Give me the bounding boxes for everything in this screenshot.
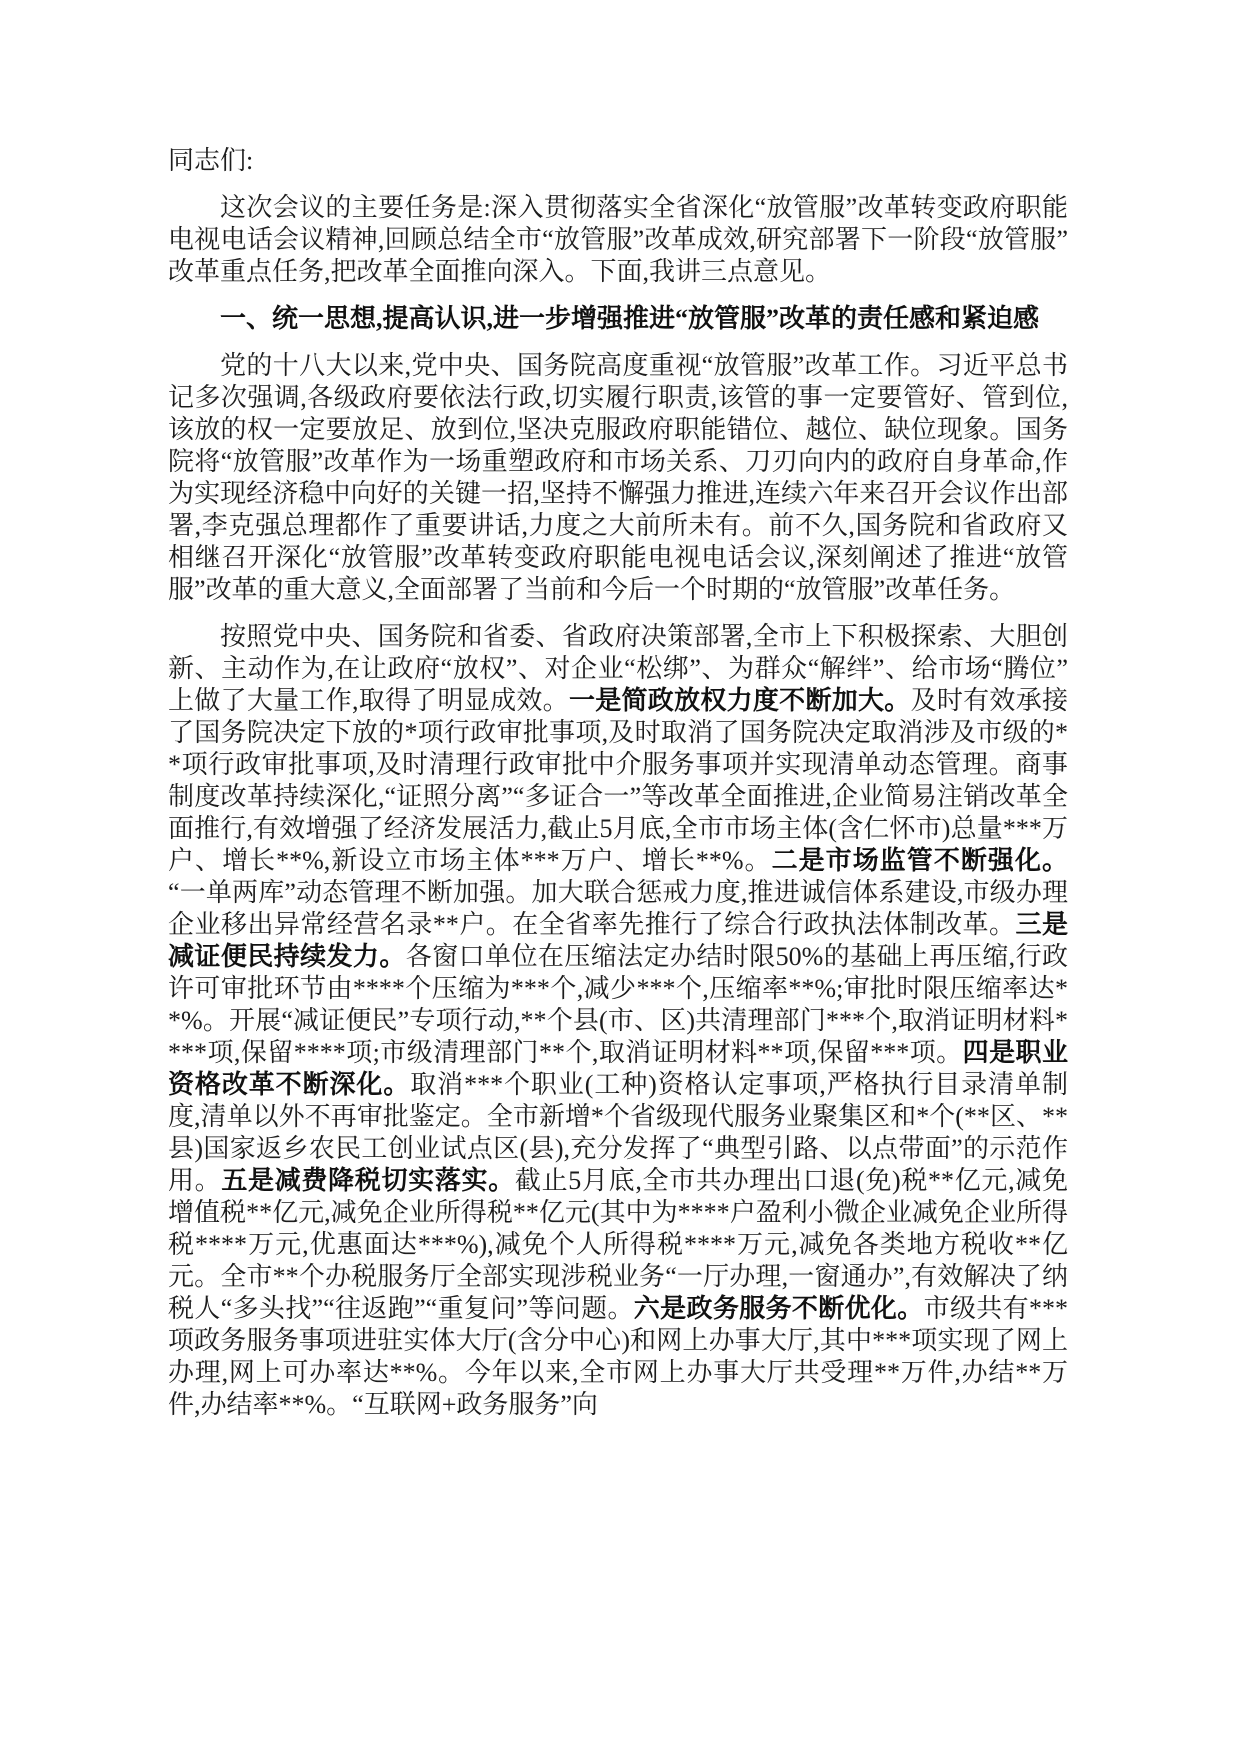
- achievements-paragraph: 按照党中央、国务院和省委、省政府决策部署,全市上下积极探索、大胆创新、主动作为,…: [168, 621, 1068, 1421]
- background-paragraph: 党的十八大以来,党中央、国务院高度重视“放管服”改革工作。习近平总书记多次强调,…: [168, 350, 1068, 606]
- text-run-bold-point-5: 五是减费降税切实落实。: [221, 1166, 515, 1195]
- text-run-bold-point-1: 一是简政放权力度不断加大。: [569, 686, 911, 715]
- intro-paragraph: 这次会议的主要任务是:深入贯彻落实全省深化“放管服”改革转变政府职能电视电话会议…: [168, 192, 1068, 288]
- document-page: 同志们: 这次会议的主要任务是:深入贯彻落实全省深化“放管服”改革转变政府职能电…: [0, 0, 1240, 1754]
- text-run-bold-point-2: 二是市场监管不断强化。: [772, 846, 1068, 875]
- section-1-heading: 一、统一思想,提高认识,进一步增强推进“放管服”改革的责任感和紧迫感: [168, 303, 1068, 335]
- text-run-bold-point-6: 六是政务服务不断优化。: [634, 1294, 924, 1323]
- text-run: “一单两库”动态管理不断加强。加大联合惩戒力度,推进诚信体系建设,市级办理企业移…: [168, 878, 1068, 939]
- salutation: 同志们:: [168, 145, 1068, 177]
